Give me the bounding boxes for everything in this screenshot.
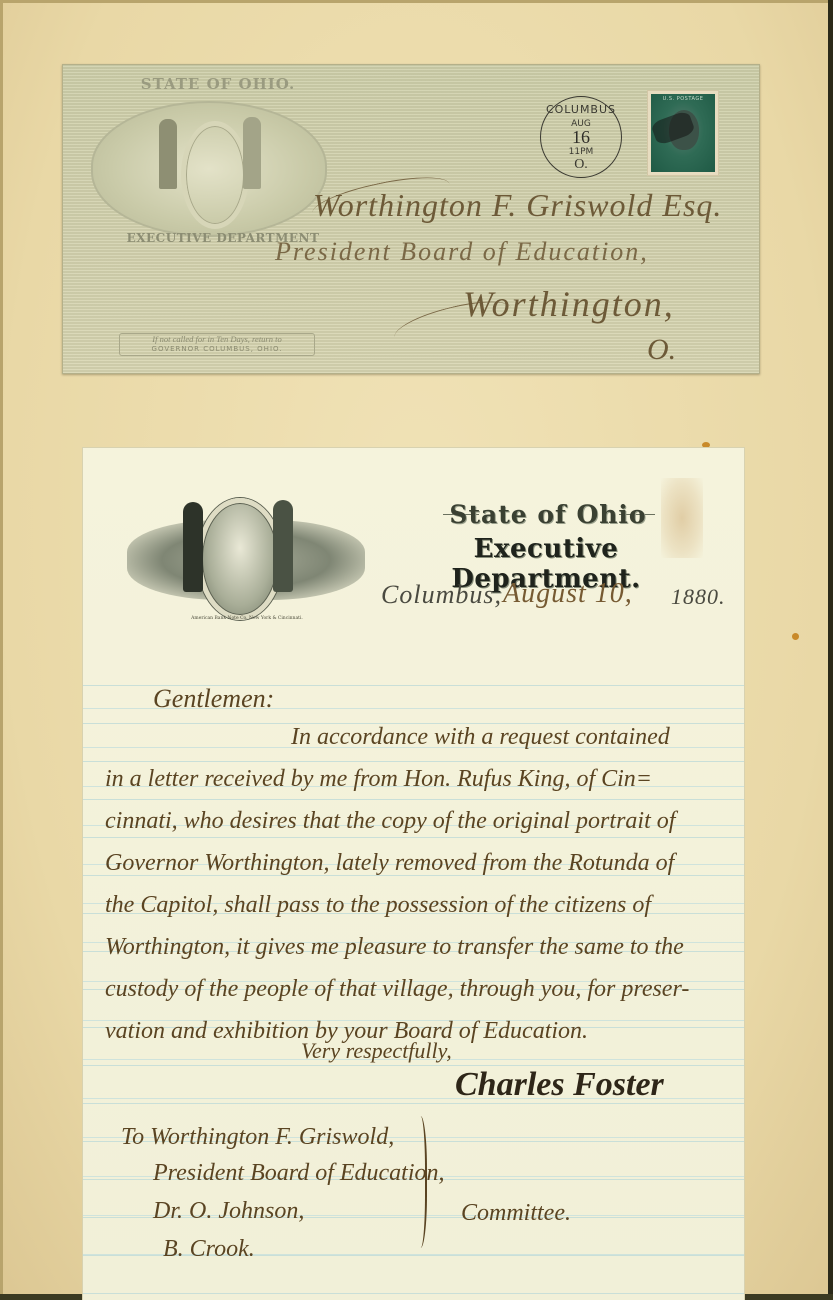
committee-label: Committee. (461, 1200, 571, 1227)
return-notice-box: If not called for in Ten Days, return to… (119, 333, 315, 356)
signature: Charles Foster (455, 1066, 664, 1104)
envelope: STATE OF OHIO. EXECUTIVE DEPARTMENT If n… (62, 64, 760, 374)
letterhead-state: State of Ohio (433, 500, 663, 529)
blacksmith-figure-icon (183, 502, 203, 592)
dateline-date: August 10, (503, 578, 633, 610)
address-line-4: O. (647, 333, 676, 367)
postmark-state: O. (541, 157, 621, 173)
blacksmith-figure-icon (159, 119, 177, 189)
body-line: cinnati, who desires that the copy of th… (105, 808, 675, 835)
postmark-day: 16 (541, 127, 621, 148)
frame-edge-right (828, 0, 833, 1300)
letter-sheet: American Bank Note Co. New York & Cincin… (82, 447, 745, 1300)
brace-icon (411, 1116, 427, 1248)
dateline-place: Columbus, (381, 580, 502, 610)
stamp-label: U.S. POSTAGE (651, 96, 715, 102)
dateline-year: 1880. (671, 584, 726, 610)
state-seal-vignette (91, 101, 327, 237)
return-notice-line2: GOVERNOR COLUMBUS, OHIO. (120, 345, 314, 354)
seal-oval-icon (181, 121, 249, 229)
return-notice-line1: If not called for in Ten Days, return to (120, 335, 314, 344)
farmer-figure-icon (273, 500, 293, 592)
seal-oval-icon (197, 498, 283, 620)
body-line: the Capitol, shall pass to the possessio… (105, 892, 651, 919)
recipient-line: President Board of Education, (153, 1160, 445, 1187)
postmark-city: COLUMBUS (541, 103, 621, 116)
letterhead-vignette: American Bank Note Co. New York & Cincin… (127, 490, 365, 616)
salutation: Gentlemen: (153, 684, 274, 714)
engraver-caption: American Bank Note Co. New York & Cincin… (167, 616, 327, 621)
recipient-line: To Worthington F. Griswold, (121, 1124, 394, 1151)
address-line-2: President Board of Education, (275, 237, 649, 267)
foxing-spot (792, 633, 799, 640)
postage-stamp: U.S. POSTAGE (648, 91, 718, 175)
body-line: in a letter received by me from Hon. Ruf… (105, 766, 652, 793)
body-line: In accordance with a request contained (291, 724, 670, 751)
address-line-1: Worthington F. Griswold Esq. (313, 187, 722, 224)
address-line-3: Worthington, (463, 283, 675, 325)
envelope-letterhead-top: STATE OF OHIO. (133, 75, 303, 93)
body-line: Worthington, it gives me pleasure to tra… (105, 934, 684, 961)
postmark: COLUMBUS AUG 16 11PM O. (540, 96, 622, 178)
body-line: custody of the people of that village, t… (105, 976, 689, 1003)
closing: Very respectfully, (301, 1038, 452, 1064)
farmer-figure-icon (243, 117, 261, 189)
stamp-portrait: U.S. POSTAGE (651, 94, 715, 172)
recipient-line: B. Crook. (163, 1236, 255, 1263)
body-line: Governor Worthington, lately removed fro… (105, 850, 674, 877)
recipient-line: Dr. O. Johnson, (153, 1198, 304, 1225)
postmark-time: 11PM (541, 147, 621, 157)
